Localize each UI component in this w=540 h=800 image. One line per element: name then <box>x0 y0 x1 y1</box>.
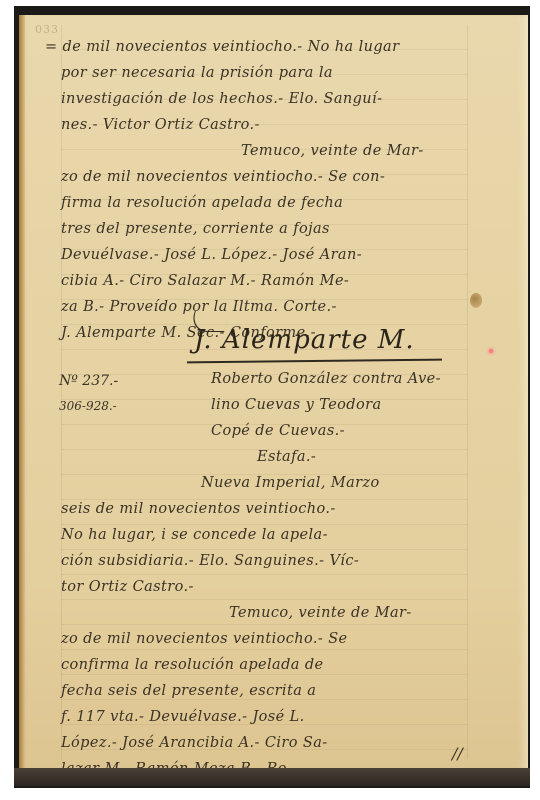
text-line: Devuélvase.- José L. López.- José Aran- <box>61 247 362 263</box>
case-file-number: 306-928.- <box>59 399 117 413</box>
paper-stain <box>470 293 482 308</box>
text-line: por ser necesaria la prisión para la <box>61 65 333 81</box>
text-line: Nueva Imperial, Marzo <box>201 475 380 491</box>
text-line: fecha seis del presente, escrita a <box>61 683 316 699</box>
scan-bottom-edge <box>14 768 530 786</box>
text-line: zo de mil novecientos veintiocho.- Se <box>61 631 348 647</box>
ruled-lines <box>61 25 468 759</box>
text-line: firma la resolución apelada de fecha <box>61 195 343 211</box>
text-line: ción subsidiaria.- Elo. Sanguines.- Víc- <box>61 553 359 569</box>
signature: J. Alemparte M. <box>194 325 415 355</box>
text-line: Temuco, veinte de Mar- <box>241 143 424 159</box>
ledger-page: 033 = de mil novecientos veintiocho.- No… <box>19 15 528 769</box>
text-line: López.- José Arancibia A.- Ciro Sa- <box>61 735 328 751</box>
text-line: f. 117 vta.- Devuélvase.- José L. <box>61 709 305 725</box>
text-line: investigación de los hechos.- Elo. Sangu… <box>61 91 382 107</box>
text-line: = de mil novecientos veintiocho.- No ha … <box>45 39 399 55</box>
text-line: nes.- Victor Ortiz Castro.- <box>61 117 260 133</box>
end-mark: // <box>452 744 463 763</box>
case-heading-line: Copé de Cuevas.- <box>211 423 345 439</box>
text-line: Temuco, veinte de Mar- <box>229 605 412 621</box>
case-heading-line: lino Cuevas y Teodora <box>211 397 382 413</box>
case-charge: Estafa.- <box>257 449 316 465</box>
text-line: zo de mil novecientos veintiocho.- Se co… <box>61 169 385 185</box>
red-light-dot <box>489 349 493 353</box>
text-line: tres del presente, corriente a fojas <box>61 221 330 237</box>
case-heading-line: Roberto González contra Ave- <box>211 371 441 387</box>
text-line: No ha lugar, i se concede la apela- <box>61 527 328 543</box>
folio-number: 033 <box>35 23 59 36</box>
case-number: Nº 237.- <box>59 373 118 389</box>
text-line: cibia A.- Ciro Salazar M.- Ramón Me- <box>61 273 349 289</box>
text-line: tor Ortiz Castro.- <box>61 579 194 595</box>
text-line: seis de mil novecientos veintiocho.- <box>61 501 336 517</box>
text-line: confirma la resolución apelada de <box>61 657 324 673</box>
